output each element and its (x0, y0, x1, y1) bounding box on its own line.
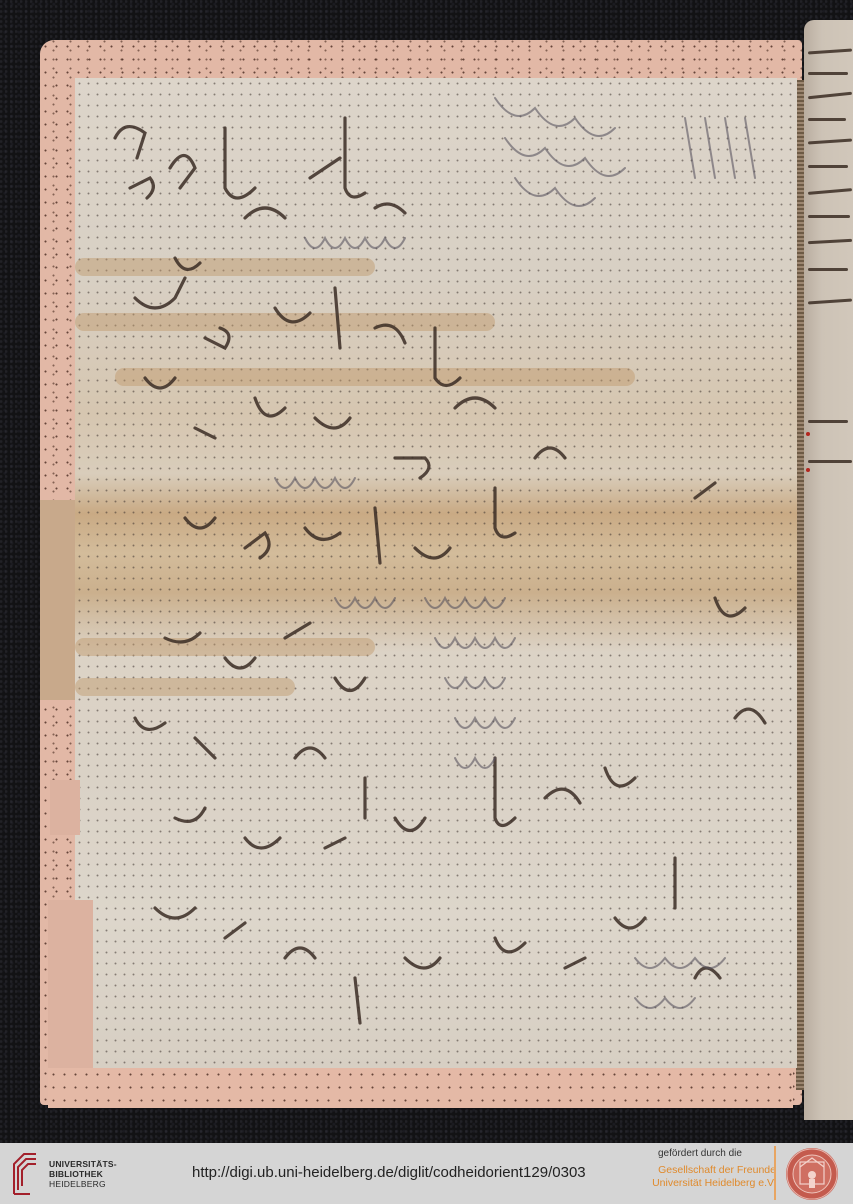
script-line (808, 215, 850, 218)
sponsor-line2: Universität Heidelberg e.V. (652, 1177, 776, 1190)
library-name-line1: UNIVERSITÄTS- (49, 1159, 117, 1169)
script-line (808, 298, 852, 304)
library-name[interactable]: UNIVERSITÄTS- BIBLIOTHEK HEIDELBERG (49, 1159, 117, 1189)
script-line (808, 460, 852, 463)
viewer-footer: UNIVERSITÄTS- BIBLIOTHEK HEIDELBERG http… (0, 1143, 853, 1204)
script-line (808, 420, 848, 423)
library-name-line3: HEIDELBERG (49, 1179, 117, 1189)
script-line (808, 48, 852, 54)
page-border-bottom (48, 1068, 793, 1108)
rubric-dot (806, 432, 810, 436)
page-edge (796, 80, 804, 1090)
handwritten-notes (75, 78, 797, 1068)
script-line (808, 268, 848, 271)
script-line (808, 165, 848, 168)
script-line (808, 188, 852, 195)
script-line (808, 138, 852, 144)
manuscript-scan (0, 0, 853, 1143)
permalink-url[interactable]: http://digi.ub.uni-heidelberg.de/diglit/… (192, 1164, 586, 1181)
script-line (808, 118, 846, 121)
stained-edge (40, 500, 75, 700)
sponsor-intro: gefördert durch die (658, 1148, 742, 1159)
script-line (808, 239, 852, 244)
library-name-line2: BIBLIOTHEK (49, 1169, 117, 1179)
footer-divider (774, 1146, 776, 1200)
rubric-dot (806, 468, 810, 472)
ub-heidelberg-logo-icon[interactable] (10, 1150, 40, 1196)
university-seal-icon[interactable] (785, 1147, 839, 1201)
script-line (808, 92, 852, 100)
sponsor-name[interactable]: Gesellschaft der Freunde Universität Hei… (652, 1164, 776, 1190)
adjacent-page (804, 20, 853, 1120)
script-line (808, 72, 848, 75)
sponsor-line1: Gesellschaft der Freunde (652, 1164, 776, 1177)
